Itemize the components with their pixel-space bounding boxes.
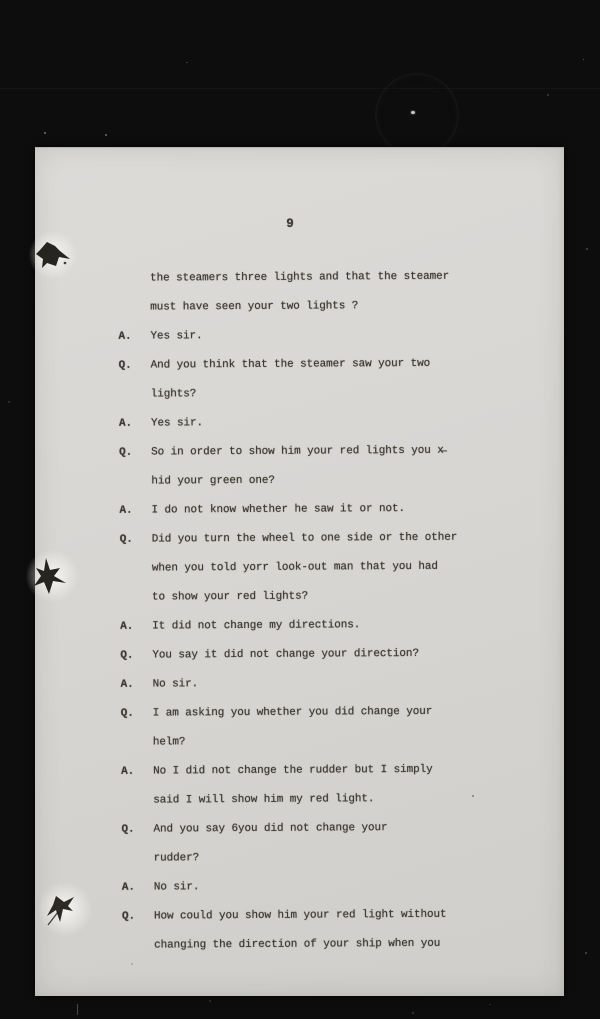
dust-speck (105, 134, 107, 136)
page-number: 9 (280, 217, 300, 231)
punch-hole-mark (34, 238, 74, 274)
dust-speck (583, 59, 584, 60)
transcript-line: No I did not change the rudder but I sim… (153, 755, 527, 786)
transcript-line: helm? (153, 726, 527, 757)
dust-speck (547, 94, 549, 96)
dust-speck (186, 62, 188, 63)
speaker-label: A. (120, 671, 133, 700)
transcript-line: You say it did not change your direction… (152, 639, 526, 670)
transcript-entry: A.It did not change my directions. (37, 610, 566, 642)
transcript-entry: A.No sir. (37, 668, 566, 700)
transcript-entry: A.Yes sir. (35, 320, 564, 352)
transcript-entry: A.Yes sir. (36, 407, 565, 439)
transcript-entry: Q.You say it did not change your directi… (37, 639, 566, 671)
transcript-entry: A.No I did not change the rudder but I s… (38, 755, 567, 816)
transcript-line: Did you turn the wheel to one side or th… (152, 523, 526, 554)
speaker-label: A. (122, 874, 135, 903)
speaker-label: A. (119, 410, 132, 439)
transcript: the steamers three lights and that the s… (35, 262, 568, 961)
transcript-line: Yes sir. (151, 407, 525, 438)
transcript-line: I do not know whether he saw it or not. (151, 494, 525, 525)
speaker-label: Q. (120, 642, 133, 671)
transcript-line: How could you show him your red light wi… (154, 900, 528, 931)
transcript-entry: A.I do not know whether he saw it or not… (36, 494, 565, 526)
transcript-line: changing the direction of your ship when… (154, 929, 528, 960)
transcript-line: hid your green one? (151, 465, 525, 496)
transcript-line: lights? (151, 378, 525, 409)
dust-speck (8, 401, 10, 403)
transcript-line: I am asking you whether you did change y… (153, 697, 527, 728)
dust-speck (412, 1012, 414, 1014)
transcript-entry: Q.I am asking you whether you did change… (38, 697, 567, 758)
transcript-entry: the steamers three lights and that the s… (35, 262, 564, 323)
speaker-label: Q. (122, 903, 135, 932)
transcript-entry: Q.And you say 6you did not change yourru… (38, 813, 567, 874)
transcript-line: said I will show him my red light. (153, 784, 527, 815)
dust-speck (411, 111, 415, 114)
paper-fleck (472, 795, 474, 797)
transcript-line: Yes sir. (150, 320, 524, 351)
scan-artifact-band (0, 88, 600, 89)
transcript-line: It did not change my directions. (152, 610, 526, 641)
speaker-label: Q. (121, 816, 134, 845)
dust-speck (586, 248, 588, 250)
transcript-line: And you think that the steamer saw your … (151, 349, 525, 380)
speaker-label: Q. (121, 700, 134, 729)
dust-speck (44, 132, 46, 134)
dust-speck (489, 1004, 491, 1005)
transcript-line: when you told yorr look-out man that you… (152, 552, 526, 583)
dust-speck (209, 1000, 211, 1002)
punch-hole-mark (44, 888, 88, 932)
speaker-label: Q. (119, 439, 132, 468)
transcript-entry: Q.So in order to show him your red light… (36, 436, 565, 497)
transcript-line: And you say 6you did not change your (153, 813, 527, 844)
transcript-line: rudder? (154, 842, 528, 873)
transcript-line: No sir. (152, 668, 526, 699)
speaker-label: A. (118, 323, 131, 352)
transcript-line: So in order to show him your red lights … (151, 436, 525, 467)
transcript-entry: A.No sir. (39, 871, 568, 903)
transcript-line: the steamers three lights and that the s… (150, 262, 524, 293)
speaker-label: A. (119, 497, 132, 526)
transcript-entry: Q.And you think that the steamer saw you… (36, 349, 565, 410)
scanner-ring-artifact (375, 73, 459, 157)
speaker-label: Q. (119, 352, 132, 381)
punch-hole-mark (32, 556, 72, 600)
transcript-line: to show your red lights? (152, 581, 526, 612)
transcript-line: No sir. (154, 871, 528, 902)
transcript-entry: Q.Did you turn the wheel to one side or … (37, 523, 567, 613)
dust-speck (585, 952, 587, 954)
speaker-label: A. (120, 613, 133, 642)
transcript-line: must have seen your two lights ? (150, 291, 524, 322)
paper-fleck (131, 963, 133, 965)
document-page: 9 the steamers three lights and that the… (35, 147, 564, 996)
scratch-artifact (77, 1004, 78, 1015)
speaker-label: Q. (120, 526, 133, 555)
transcript-entry: Q.How could you show him your red light … (39, 900, 568, 961)
speaker-label: A. (121, 758, 134, 787)
scanned-document-background: 9 the steamers three lights and that the… (0, 0, 600, 1019)
